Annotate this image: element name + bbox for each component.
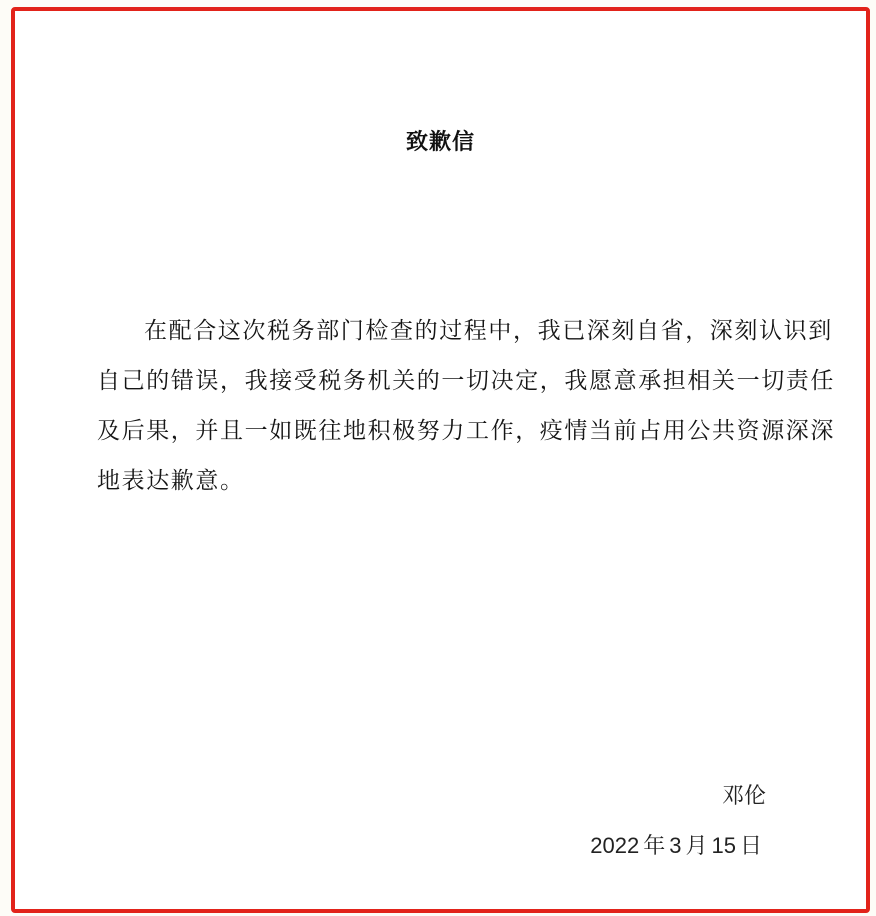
date-month-unit: 月 xyxy=(685,834,707,859)
body-line-4: 地表达歉意。 xyxy=(97,456,797,506)
body-line-3: 及后果，并且一如既往地积极努力工作，疫情当前占用公共资源深深 xyxy=(97,406,797,456)
date-year-unit: 年 xyxy=(643,834,665,859)
body-line-2: 自己的错误，我接受税务机关的一切决定，我愿意承担相关一切责任 xyxy=(97,356,797,406)
letter-frame: 致歉信 在配合这次税务部门检查的过程中，我已深刻自省，深刻认识到 自己的错误，我… xyxy=(11,7,870,913)
letter-title: 致歉信 xyxy=(15,125,866,156)
signature-date: 2022年3月15日 xyxy=(590,829,766,860)
letter-body: 在配合这次税务部门检查的过程中，我已深刻自省，深刻认识到 自己的错误，我接受税务… xyxy=(97,306,797,506)
body-line-1: 在配合这次税务部门检查的过程中，我已深刻自省，深刻认识到 xyxy=(97,306,797,356)
date-day-unit: 日 xyxy=(740,834,762,859)
signature-name: 邓伦 xyxy=(722,779,766,810)
date-day: 15 xyxy=(712,833,736,858)
date-year: 2022 xyxy=(590,833,639,858)
date-month: 3 xyxy=(669,833,681,858)
